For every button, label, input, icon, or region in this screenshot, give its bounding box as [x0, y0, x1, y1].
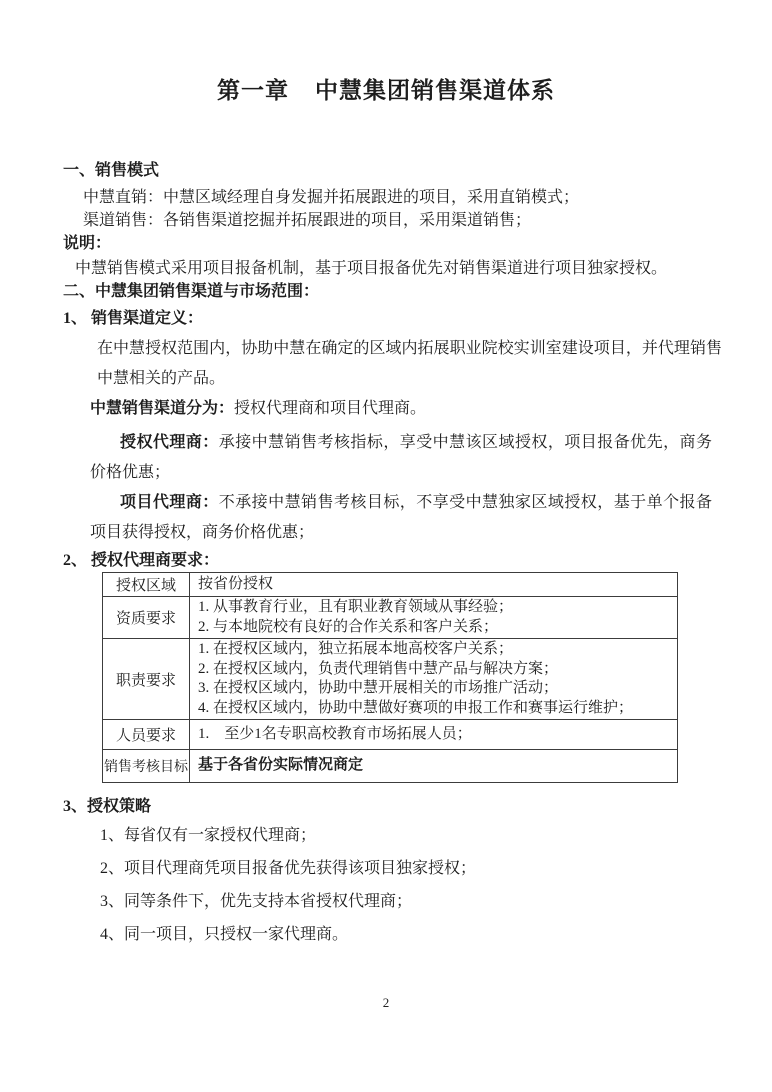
channel-division-line: 中慧销售渠道分为：授权代理商和项目代理商。 — [90, 398, 722, 420]
heading-channels-market: 二、中慧集团销售渠道与市场范围： — [63, 281, 722, 303]
row-label-cell: 资质要求 — [103, 597, 190, 639]
channel-sales-line: 渠道销售：各销售渠道挖掘并拓展跟进的项目，采用渠道销售； — [63, 209, 722, 232]
heading-authorization-strategy: 3、授权策略 — [63, 796, 722, 818]
authorized-agent-paragraph: 授权代理商：承接中慧销售考核指标，享受中慧该区域授权，项目报备优先，商务价格优惠… — [90, 428, 712, 488]
row-content-cell: 1. 在授权区域内，独立拓展本地高校客户关系； 2. 在授权区域内，负责代理销售… — [190, 639, 678, 720]
content-line: 1. 至少1名专职高校教育市场拓展人员； — [198, 725, 669, 745]
division-text: 授权代理商和项目代理商。 — [234, 400, 426, 417]
title-chapter: 第一章 — [217, 78, 289, 103]
note-label: 说明： — [63, 233, 722, 255]
page-title: 第一章中慧集团销售渠道体系 — [0, 0, 772, 106]
content-line: 按省份授权 — [198, 575, 669, 595]
project-agent-paragraph: 项目代理商：不承接中慧销售考核目标，不享受中慧独家区域授权，基于单个报备项目获得… — [90, 488, 712, 548]
content-line: 基于各省份实际情况商定 — [198, 756, 669, 776]
channel-definition-paragraph: 在中慧授权范围内，协助中慧在确定的区域内拓展职业院校实训室建设项目，并代理销售中… — [97, 334, 722, 394]
heading-channel-definition: 1、 销售渠道定义： — [63, 308, 722, 330]
content-line: 3. 在授权区域内，协助中慧开展相关的市场推广活动； — [198, 679, 669, 699]
row-label-cell: 销售考核目标 — [103, 750, 190, 783]
content-line: 2. 与本地院校有良好的合作关系和客户关系； — [198, 618, 669, 638]
page-number: 2 — [0, 995, 772, 1011]
title-text: 中慧集团销售渠道体系 — [315, 78, 555, 103]
table-row: 人员要求 1. 至少1名专职高校教育市场拓展人员； — [103, 720, 678, 750]
document-body: 一、销售模式 中慧直销：中慧区域经理自身发掘并拓展跟进的项目，采用直销模式； 渠… — [0, 160, 772, 945]
table-row: 资质要求 1. 从事教育行业，且有职业教育领域从事经验； 2. 与本地院校有良好… — [103, 597, 678, 639]
row-label-cell: 人员要求 — [103, 720, 190, 750]
row-content-cell: 1. 从事教育行业，且有职业教育领域从事经验； 2. 与本地院校有良好的合作关系… — [190, 597, 678, 639]
strategy-item: 2、项目代理商凭项目报备优先获得该项目独家授权； — [100, 859, 722, 879]
heading-agent-requirements: 2、 授权代理商要求： — [63, 550, 722, 572]
project-agent-label: 项目代理商： — [120, 494, 219, 511]
direct-sales-line: 中慧直销：中慧区域经理自身发掘并拓展跟进的项目，采用直销模式； — [63, 186, 722, 209]
strategy-item: 4、同一项目，只授权一家代理商。 — [100, 925, 722, 945]
heading-sales-model: 一、销售模式 — [63, 160, 722, 182]
content-line: 1. 在授权区域内，独立拓展本地高校客户关系； — [198, 640, 669, 660]
row-label-cell: 职责要求 — [103, 639, 190, 720]
division-label: 中慧销售渠道分为： — [90, 400, 234, 417]
row-label-cell: 授权区域 — [103, 573, 190, 597]
strategy-list: 1、每省仅有一家授权代理商； 2、项目代理商凭项目报备优先获得该项目独家授权； … — [63, 826, 722, 945]
table-row: 销售考核目标 基于各省份实际情况商定 — [103, 750, 678, 783]
strategy-item: 3、同等条件下，优先支持本省授权代理商； — [100, 892, 722, 912]
authorized-agent-label: 授权代理商： — [120, 434, 219, 451]
table-row: 授权区域 按省份授权 — [103, 573, 678, 597]
strategy-item: 1、每省仅有一家授权代理商； — [100, 826, 722, 846]
row-content-cell: 基于各省份实际情况商定 — [190, 750, 678, 783]
content-line: 1. 从事教育行业，且有职业教育领域从事经验； — [198, 598, 669, 618]
content-line: 2. 在授权区域内，负责代理销售中慧产品与解决方案； — [198, 660, 669, 680]
note-text: 中慧销售模式采用项目报备机制，基于项目报备优先对销售渠道进行项目独家授权。 — [63, 257, 722, 281]
row-content-cell: 按省份授权 — [190, 573, 678, 597]
document-page: 第一章中慧集团销售渠道体系 一、销售模式 中慧直销：中慧区域经理自身发掘并拓展跟… — [0, 0, 772, 1092]
row-content-cell: 1. 至少1名专职高校教育市场拓展人员； — [190, 720, 678, 750]
content-line: 4. 在授权区域内，协助中慧做好赛项的申报工作和赛事运行维护； — [198, 699, 669, 719]
table-row: 职责要求 1. 在授权区域内，独立拓展本地高校客户关系； 2. 在授权区域内，负… — [103, 639, 678, 720]
agent-requirements-table: 授权区域 按省份授权 资质要求 1. 从事教育行业，且有职业教育领域从事经验； … — [102, 572, 678, 783]
